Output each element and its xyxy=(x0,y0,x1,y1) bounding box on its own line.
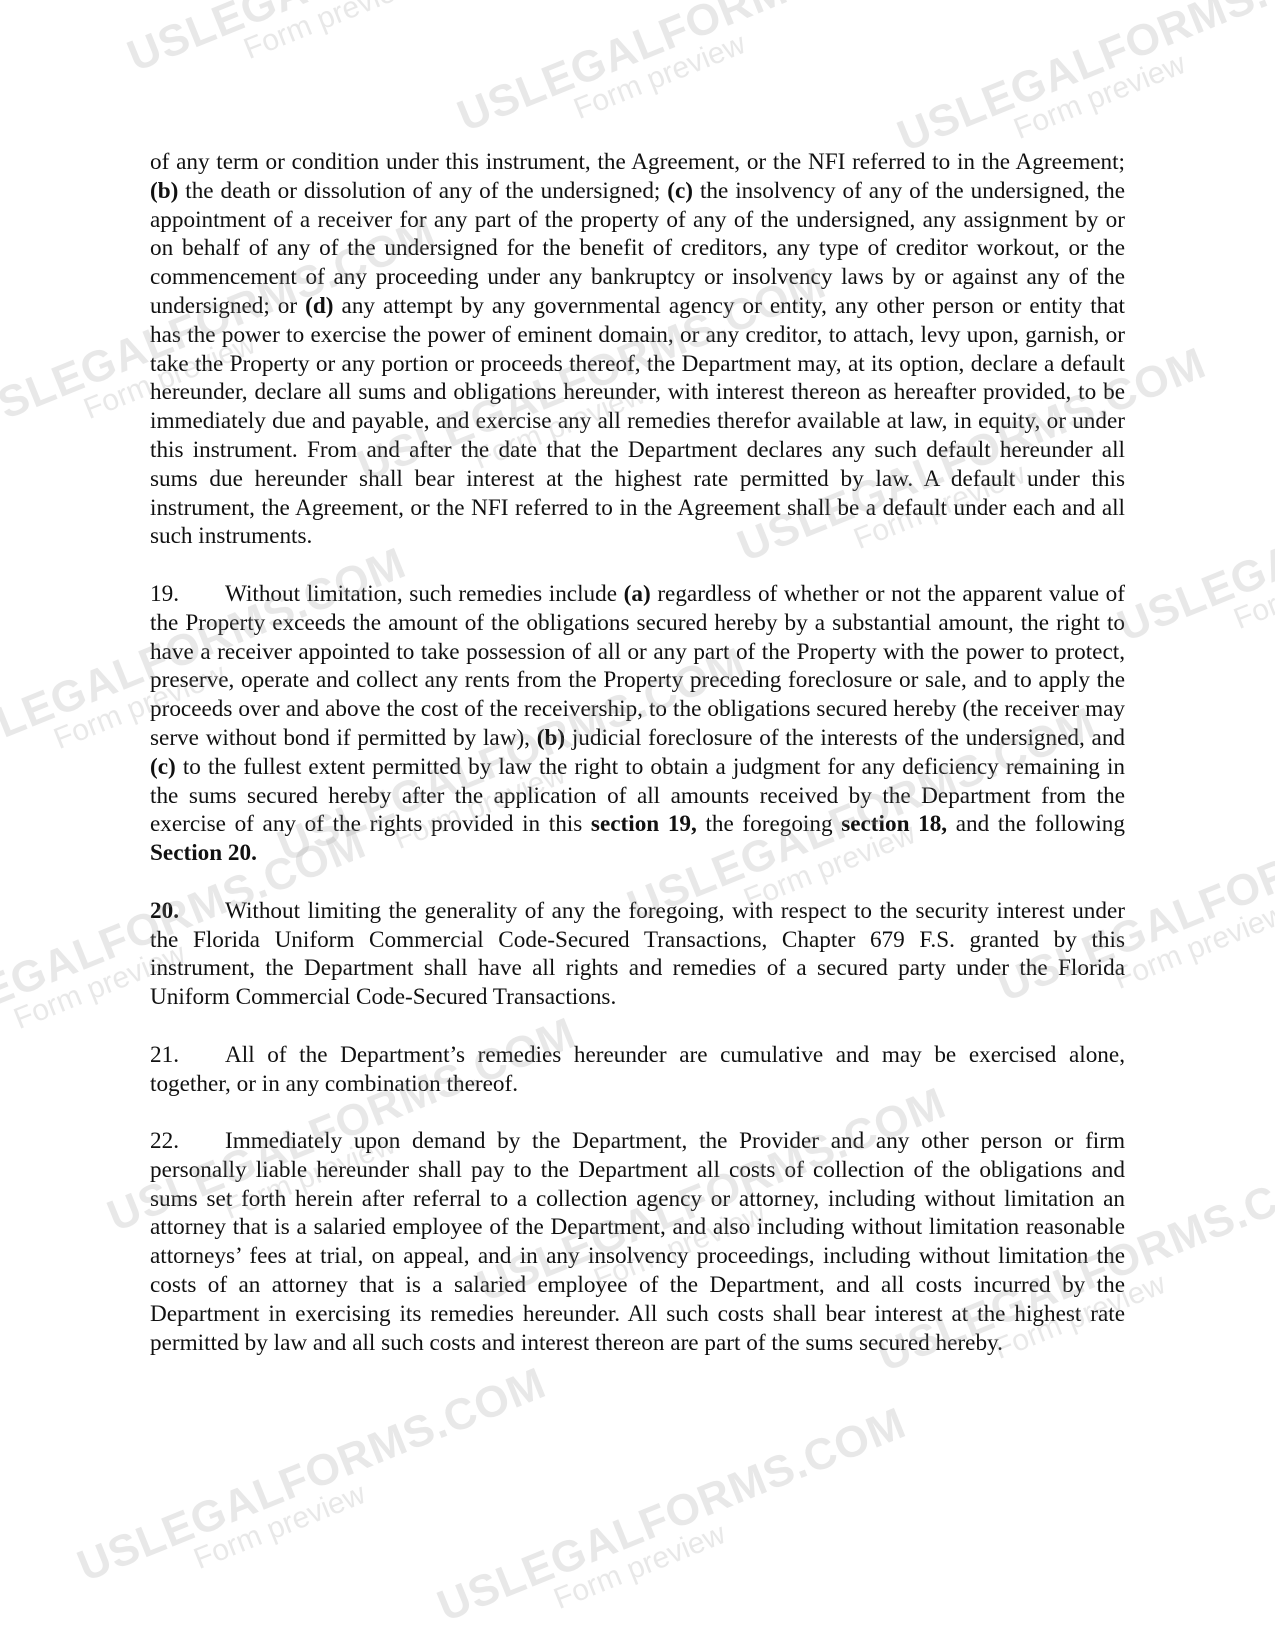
text-run: and the following xyxy=(947,811,1125,837)
bold-reference: section 18, xyxy=(841,811,947,837)
section-number: 20. xyxy=(150,897,225,926)
document-body: of any term or condition under this inst… xyxy=(150,148,1125,1386)
section-number: 19. xyxy=(150,580,225,609)
document-page: of any term or condition under this inst… xyxy=(0,0,1275,1650)
bold-reference: (c) xyxy=(667,178,693,204)
watermark-subtitle: Form preview xyxy=(1109,819,1275,997)
bold-reference: section 19, xyxy=(591,811,697,837)
watermark-brand: USLEGALFORMS.COM xyxy=(891,0,1275,162)
text-run: of any term or condition under this inst… xyxy=(150,149,1125,175)
watermark: USLEGALFORMS.COMForm preview xyxy=(71,1358,564,1618)
watermark-brand: USLEGALFORMS.COM xyxy=(71,1358,553,1592)
bold-reference: (b) xyxy=(537,725,565,751)
text-run: the death or dissolution of any of the u… xyxy=(178,178,667,204)
watermark-subtitle: Form preview xyxy=(1009,0,1275,147)
text-run: Without limiting the generality of any t… xyxy=(150,898,1125,1010)
bold-reference: (a) xyxy=(624,581,651,607)
text-run: judicial foreclosure of the interests of… xyxy=(565,725,1125,751)
bold-reference: (c) xyxy=(150,754,176,780)
section-number: 21. xyxy=(150,1041,225,1070)
section-22: 22.Immediately upon demand by the Depart… xyxy=(150,1127,1125,1357)
text-run: Without limitation, such remedies includ… xyxy=(225,581,624,607)
watermark-subtitle: Form preview xyxy=(549,1439,923,1617)
section-19: 19.Without limitation, such remedies inc… xyxy=(150,580,1125,868)
watermark-subtitle: Form preview xyxy=(189,1399,563,1577)
watermark-subtitle: Form preview xyxy=(239,0,613,67)
watermark: USLEGALFORMS.COMForm preview xyxy=(451,0,944,168)
watermark-brand: USLEGALFORMS.COM xyxy=(1111,418,1275,652)
watermark: USLEGALFORMS.COMForm preview xyxy=(431,1398,924,1650)
bold-reference: Section 20. xyxy=(150,840,257,866)
watermark-brand: USLEGALFORMS.COM xyxy=(121,0,603,82)
section-20: 20.Without limiting the generality of an… xyxy=(150,897,1125,1012)
text-run: any attempt by any governmental agency o… xyxy=(150,293,1125,549)
watermark-subtitle: Form preview xyxy=(569,0,943,127)
paragraph-continuation: of any term or condition under this inst… xyxy=(150,148,1125,551)
watermark-subtitle: Form preview xyxy=(1229,459,1275,637)
bold-reference: (b) xyxy=(150,178,178,204)
section-21: 21.All of the Department’s remedies here… xyxy=(150,1041,1125,1099)
watermark-brand: USLEGALFORMS.COM xyxy=(431,1398,913,1632)
bold-reference: (d) xyxy=(305,293,333,319)
text-run: All of the Department’s remedies hereund… xyxy=(150,1042,1125,1097)
watermark-brand: USLEGALFORMS.COM xyxy=(451,0,933,142)
watermark: USLEGALFORMS.COMForm preview xyxy=(1111,418,1275,678)
section-number: 22. xyxy=(150,1127,225,1156)
text-run: the foregoing xyxy=(697,811,841,837)
watermark: USLEGALFORMS.COMForm preview xyxy=(121,0,614,108)
text-run: Immediately upon demand by the Departmen… xyxy=(150,1128,1125,1356)
